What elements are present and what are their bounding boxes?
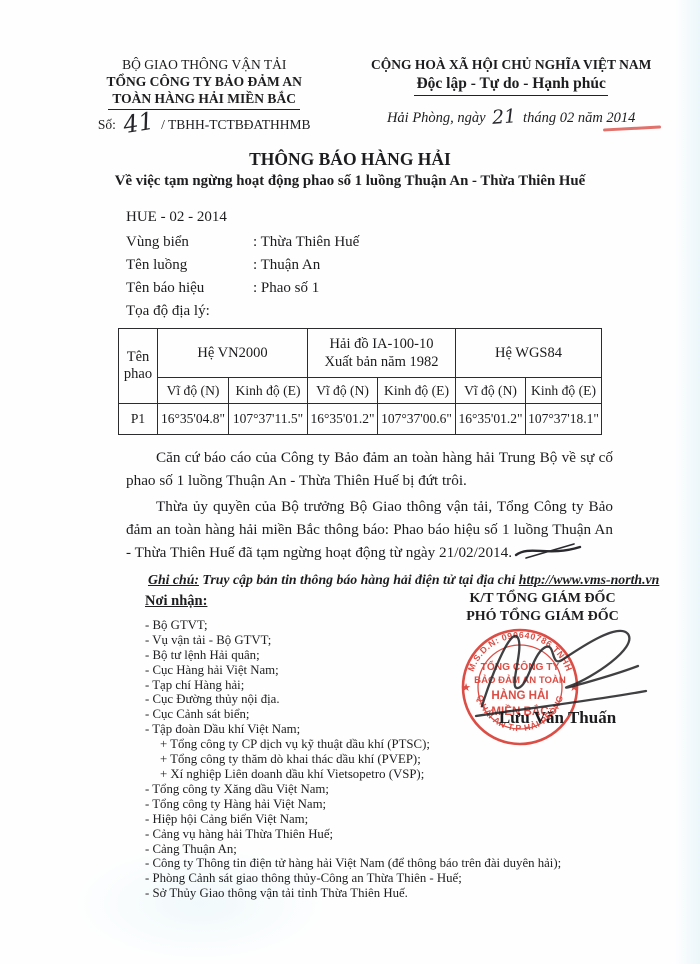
national-header-block: CỘNG HOÀ XÃ HỘI CHỦ NGHĨA VIỆT NAM Độc l… [350, 56, 672, 133]
list-subitem: + Xí nghiệp Liên doanh dầu khí Vietsopet… [145, 767, 561, 782]
document-title-block: THÔNG BÁO HÀNG HẢI Về việc tạm ngừng hoạ… [0, 149, 700, 190]
note-label: Ghi chú: [148, 572, 199, 587]
page-subtitle: Về việc tạm ngừng hoạt động phao số 1 lu… [0, 173, 700, 190]
page-title: THÔNG BÁO HÀNG HẢI [0, 149, 700, 170]
doc-number-label: Số: [98, 117, 116, 132]
table-subheader-row: Vĩ độ (N) Kinh độ (E) Vĩ độ (N) Kinh độ … [119, 378, 602, 404]
doc-number-line: Số: 41 / TBHH-TCTBĐATHHMB [58, 113, 350, 133]
list-item: - Tổng công ty Hàng hải Việt Nam; [145, 797, 561, 812]
reference-block: HUE - 02 - 2014 Vùng biển: Thừa Thiên Hu… [126, 206, 700, 323]
group-header-chart: Hải đồ IA-100-10 Xuất bản năm 1982 [308, 329, 456, 378]
org-name-line2: TOÀN HÀNG HẢI MIỀN BẮC [58, 90, 350, 110]
org-name-line1: TỔNG CÔNG TY BẢO ĐẢM AN [58, 73, 350, 90]
col-header-buoy: Tên phao [119, 329, 158, 404]
body-text: Căn cứ báo cáo của Công ty Bảo đảm an to… [126, 446, 613, 564]
place-date-line: Hải Phòng, ngày 21 tháng 02 năm 2014 [350, 108, 672, 127]
list-item: - Cảng Thuận An; [145, 842, 561, 857]
document-header: BỘ GIAO THÔNG VẬN TẢI TỔNG CÔNG TY BẢO Đ… [0, 0, 700, 133]
handwritten-day: 21 [492, 108, 517, 127]
coords-label: Tọa độ địa lý: [126, 300, 700, 323]
list-item: - Phòng Cảnh sát giao thông thủy-Công an… [145, 871, 561, 886]
group-header-vn2000: Hệ VN2000 [158, 329, 308, 378]
ministry-name: BỘ GIAO THÔNG VẬN TẢI [58, 56, 350, 73]
paragraph-basis: Căn cứ báo cáo của Công ty Bảo đảm an to… [126, 446, 613, 492]
signer-name: Lưu Văn Thuấn [440, 708, 675, 728]
table-group-header-row: Tên phao Hệ VN2000 Hải đồ IA-100-10 Xuất… [119, 329, 602, 378]
date-year: 2014 [606, 110, 635, 127]
table-row: P1 16°35'04.8" 107°37'11.5" 16°35'01.2" … [119, 404, 602, 435]
scanned-document: BỘ GIAO THÔNG VẬN TẢI TỔNG CÔNG TY BẢO Đ… [0, 0, 700, 964]
handwritten-doc-number: 41 [122, 113, 155, 135]
national-title: CỘNG HOÀ XÃ HỘI CHỦ NGHĨA VIỆT NAM [350, 56, 672, 73]
issuing-org-block: BỘ GIAO THÔNG VẬN TẢI TỔNG CÔNG TY BẢO Đ… [58, 56, 350, 133]
list-item: - Công ty Thông tin điện tử hàng hải Việ… [145, 856, 561, 871]
list-item: - Tổng công ty Xăng dầu Việt Nam; [145, 782, 561, 797]
list-item: - Sở Thủy Giao thông vận tải tỉnh Thừa T… [145, 886, 561, 901]
document-footer: Nơi nhận: - Bộ GTVT; - Vụ vận tải - Bộ G… [0, 586, 700, 964]
field-row-sea-area: Vùng biển: Thừa Thiên Huế [126, 231, 700, 254]
field-row-channel: Tên luồng: Thuận An [126, 254, 700, 277]
pen-squiggle-mark [514, 542, 584, 560]
coordinates-table: Tên phao Hệ VN2000 Hải đồ IA-100-10 Xuất… [118, 328, 602, 435]
doc-number-suffix: / TBHH-TCTBĐATHHMB [161, 117, 310, 132]
notice-code: HUE - 02 - 2014 [126, 206, 700, 229]
notice-url: http://www.vms-north.vn [519, 572, 660, 587]
paragraph-announcement: Thừa ủy quyền của Bộ trưởng Bộ Giao thôn… [126, 495, 613, 564]
group-header-wgs84: Hệ WGS84 [456, 329, 602, 378]
list-item: - Hiệp hội Cảng biển Việt Nam; [145, 812, 561, 827]
list-item: - Cảng vụ hàng hải Thừa Thiên Huế; [145, 827, 561, 842]
field-row-signal-name: Tên báo hiệu: Phao số 1 [126, 277, 700, 300]
national-motto: Độc lập - Tự do - Hạnh phúc [350, 75, 672, 96]
